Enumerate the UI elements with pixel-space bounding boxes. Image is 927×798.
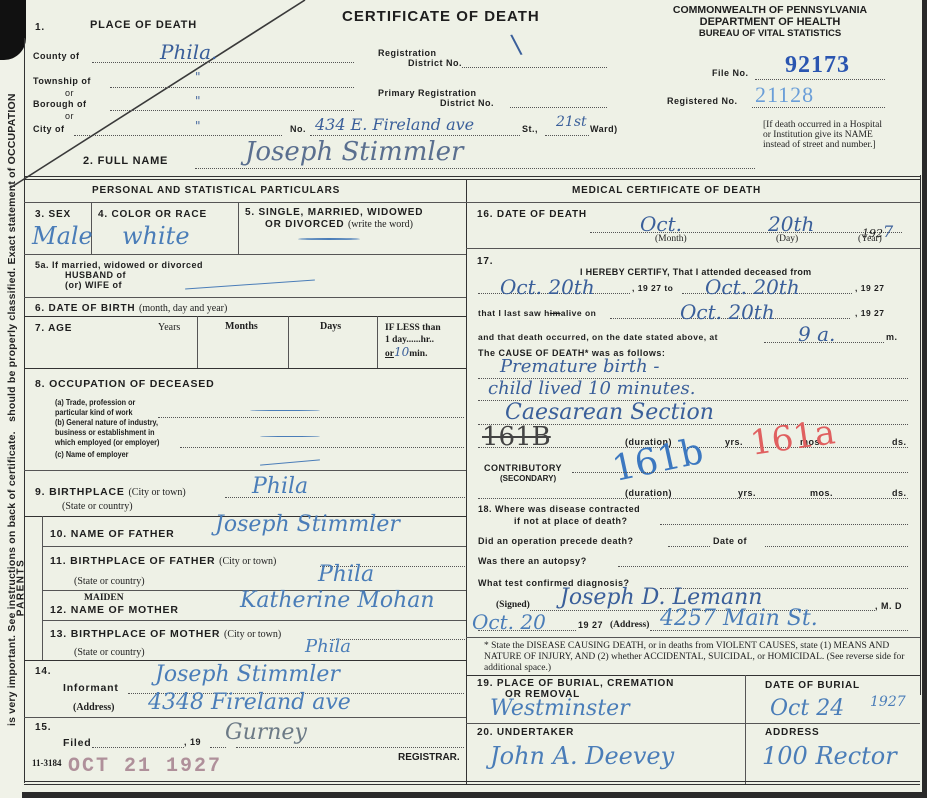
cause-value-2: child lived 10 minutes.: [488, 378, 696, 399]
full-name-label: 2. FULL NAME: [83, 155, 168, 167]
rule: [377, 316, 378, 368]
date-of-death-label: 16. DATE OF DEATH: [477, 209, 587, 220]
authority-line-1: COMMONWEALTH OF PENNSYLVANIA: [640, 4, 900, 16]
registered-number: 21128: [755, 82, 814, 108]
maiden-label: MAIDEN: [84, 593, 124, 603]
informant-number: 14.: [35, 666, 51, 677]
parents-side-label: PARENTS: [15, 559, 26, 617]
race-label: 4. COLOR OR RACE: [98, 209, 207, 220]
attended-to-year: , 19 27: [855, 283, 885, 293]
certificate-title: CERTIFICATE OF DEATH: [342, 8, 540, 25]
rule: [24, 717, 466, 718]
burial-date-value: Oct 24: [770, 696, 844, 721]
cause-footnote: * State the DISEASE CAUSING DEATH, or in…: [484, 641, 914, 674]
operation-field[interactable]: [668, 546, 710, 547]
death-year-value: 7: [883, 222, 893, 241]
last-saw-label-2: alive on: [561, 308, 597, 318]
authority-line-3: BUREAU OF VITAL STATISTICS: [640, 28, 900, 40]
county-field[interactable]: [92, 62, 354, 63]
issuing-authority: COMMONWEALTH OF PENNSYLVANIA DEPARTMENT …: [640, 4, 900, 40]
occ-a-1: (a) Trade, profession or: [55, 397, 159, 407]
if-less-label: IF LESS than 1 day......hr.. or10min.: [385, 322, 441, 360]
primary-reg-line-2: District No.: [378, 98, 494, 108]
occ-b-3: which employed (or employer): [55, 437, 159, 447]
ward-label: Ward): [590, 124, 618, 134]
signed-label: (Signed): [496, 600, 530, 610]
death-time-suffix: m.: [886, 332, 898, 342]
death-day-value: 20th: [768, 212, 814, 236]
ward-value: 21st: [556, 114, 587, 130]
registrar-label: REGISTRAR.: [398, 752, 460, 763]
place-of-death-heading: PLACE OF DEATH: [90, 19, 197, 31]
burial-place-line-1: 19. PLACE OF BURIAL, CREMATION: [477, 678, 674, 689]
father-birthplace-label: 11. BIRTHPLACE OF FATHER: [50, 555, 215, 567]
filed-field[interactable]: [92, 747, 184, 748]
occ-a-2: particular kind of work: [55, 407, 159, 417]
secondary-label: (SECONDARY): [500, 474, 556, 483]
contracted-field[interactable]: [660, 524, 908, 525]
outer-frame-right: [920, 175, 921, 695]
dob-hint: (month, day and year): [139, 303, 227, 314]
mother-birthplace-hint: (City or town): [224, 629, 281, 640]
operation-label: Did an operation precede death?: [478, 536, 634, 546]
yrs-label: yrs.: [725, 437, 743, 447]
attended-to-value: Oct. 20th: [705, 275, 800, 299]
contributory-field[interactable]: [572, 472, 908, 473]
operation-date-field[interactable]: [765, 546, 908, 547]
contributory-ds: ds.: [892, 488, 907, 498]
hospital-note: [If death occurred in a Hospital or Inst…: [763, 120, 883, 150]
undertaker-value: John A. Deevey: [490, 742, 674, 770]
attended-from-value: Oct. 20th: [500, 275, 595, 299]
contributory-mos: mos.: [810, 488, 833, 498]
occ-b-dash: [260, 436, 320, 437]
birthplace-state-label: (State or country): [62, 501, 133, 512]
autopsy-field[interactable]: [618, 566, 908, 567]
borough-value: ": [195, 94, 201, 108]
form-number: 11-3184: [32, 758, 62, 768]
occ-b-2: business or establishment in: [55, 427, 159, 437]
marital-line-1: 5. SINGLE, MARRIED, WIDOWED: [245, 207, 423, 219]
last-saw-value: Oct. 20th: [680, 300, 775, 324]
filed-date-stamp: OCT 21 1927: [68, 755, 222, 778]
street-value: 434 E. Fireland ave: [315, 115, 474, 134]
informant-address-label: (Address): [73, 702, 114, 713]
spouse-line-2: HUSBAND of: [35, 270, 203, 280]
registration-district-label: Registration District No.: [378, 48, 462, 68]
st-label: St.,: [522, 124, 538, 134]
dob-label: 6. DATE OF BIRTH: [35, 303, 135, 314]
age-years-label: Years: [158, 322, 180, 333]
father-value: Joseph Stimmler: [215, 512, 400, 537]
spouse-line-3: (or) WIFE of: [35, 280, 203, 290]
rule: [466, 202, 920, 203]
ward-field[interactable]: [545, 135, 589, 136]
header-divider: [24, 176, 920, 180]
cause-code-blue: 161b: [609, 431, 707, 490]
informant-address-value: 4348 Fireland ave: [148, 690, 351, 715]
rule: [238, 202, 239, 254]
if-less-min: min.: [409, 349, 427, 359]
father-label: 10. NAME OF FATHER: [50, 528, 174, 540]
struck-cause-code: 161B: [482, 422, 551, 452]
autopsy-label: Was there an autopsy?: [478, 556, 587, 566]
operation-date-label: Date of: [713, 536, 747, 546]
occupation-label: 8. OCCUPATION OF DECEASED: [35, 378, 214, 390]
contracted-line-2: if not at place of death?: [478, 515, 640, 527]
father-birthplace-state: (State or country): [74, 576, 145, 587]
death-time-value: 9 a.: [798, 322, 835, 346]
township-value: ": [195, 70, 201, 84]
contracted-line-1: 18. Where was disease contracted: [478, 503, 640, 515]
burial-place-value: Westminster: [490, 696, 630, 721]
month-caption: (Month): [655, 234, 687, 244]
primary-reg-field[interactable]: [510, 107, 607, 108]
md-label: , M. D: [875, 601, 902, 611]
filed-number: 15.: [35, 722, 51, 733]
rule: [745, 675, 746, 785]
informant-value: Joseph Stimmler: [155, 662, 340, 687]
marital-label: 5. SINGLE, MARRIED, WIDOWED OR DIVORCED …: [245, 207, 423, 231]
borough-label: Borough of: [33, 99, 87, 109]
rule: [24, 368, 466, 369]
contributory-duration-line: [478, 498, 908, 499]
marital-value-dash: [298, 238, 360, 240]
street-field[interactable]: [310, 135, 520, 136]
rule: [466, 675, 920, 676]
mother-value: Katherine Mohan: [240, 588, 435, 613]
birthplace-hint: (City or town): [128, 487, 185, 498]
mother-birthplace-label: 13. BIRTHPLACE OF MOTHER: [50, 628, 220, 640]
informant-label: Informant: [63, 682, 119, 694]
column-divider: [466, 180, 467, 785]
father-birthplace-hint: (City or town): [219, 556, 276, 567]
birthplace-value: Phila: [252, 474, 308, 499]
if-less-line-1: IF LESS than: [385, 322, 441, 334]
mother-label: 12. NAME OF MOTHER: [50, 604, 179, 616]
rule: [42, 620, 466, 621]
occ-a-dash: [250, 410, 320, 411]
mother-birthplace-state: (State or country): [74, 647, 145, 658]
full-name-value: Joseph Stimmler: [245, 137, 463, 167]
registered-no-label: Registered No.: [667, 96, 738, 106]
file-number: 92173: [785, 52, 850, 79]
rule: [466, 637, 920, 638]
race-value: white: [122, 222, 190, 250]
attended-from-year: , 19 27 to: [632, 283, 673, 293]
rule: [466, 248, 920, 249]
undertaker-label: 20. UNDERTAKER: [477, 727, 574, 738]
year-caption: (Year): [858, 234, 882, 244]
birthplace-label: 9. BIRTHPLACE: [35, 486, 125, 498]
age-months-label: Months: [225, 321, 258, 332]
minutes-value: 10: [394, 345, 409, 359]
physician-address-label: (Address): [610, 620, 649, 630]
father-birthplace-value: Phila: [318, 562, 374, 587]
authority-line-2: DEPARTMENT OF HEALTH: [640, 16, 900, 28]
cause-code-red: 161a: [748, 412, 838, 463]
rule: [24, 297, 466, 298]
footer-divider: [24, 781, 920, 785]
city-field[interactable]: [74, 135, 282, 136]
spouse-line-1: 5a. If married, widowed or divorced: [35, 260, 203, 270]
street-no-label: No.: [290, 124, 306, 134]
county-value: Phila.: [160, 40, 217, 64]
occupation-subfields: (a) Trade, profession or particular kind…: [55, 397, 159, 459]
primary-registration-label: Primary Registration District No.: [378, 88, 494, 108]
undertaker-address-value: 100 Rector: [762, 742, 897, 770]
file-no-field: [755, 79, 885, 80]
rule: [197, 316, 198, 368]
date-of-death-field[interactable]: [590, 232, 902, 233]
county-label: County of: [33, 51, 80, 61]
burial-date-label: DATE OF BURIAL: [765, 680, 860, 691]
filed-year-label: , 19: [184, 737, 201, 747]
registrar-field[interactable]: [236, 747, 464, 748]
age-label: 7. AGE: [35, 323, 72, 334]
marital-hint: (write the word): [348, 219, 413, 230]
death-certificate: is very important. See instructions on b…: [0, 0, 922, 792]
death-month-value: Oct.: [640, 212, 682, 236]
reg-district-field[interactable]: [462, 67, 607, 68]
rule: [24, 660, 466, 661]
contributory-duration-label: (duration): [625, 488, 672, 498]
medical-heading: MEDICAL CERTIFICATE OF DEATH: [572, 185, 761, 196]
full-name-field[interactable]: [195, 168, 755, 169]
signed-year: 19 27: [578, 620, 603, 630]
reg-district-value: \: [509, 29, 523, 60]
contributory-label: CONTRIBUTORY: [484, 463, 562, 473]
city-label: City of: [33, 124, 65, 134]
sex-value: Male: [32, 222, 93, 250]
filed-label: Filed: [63, 737, 92, 749]
city-value: ": [195, 119, 201, 133]
occ-a-field[interactable]: [158, 417, 464, 418]
physician-address-value: 4257 Main St.: [660, 606, 818, 631]
cause-value-1: Premature birth -: [500, 356, 660, 377]
occ-c: (c) Name of employer: [55, 449, 159, 459]
if-less-or: or: [385, 349, 394, 359]
township-label: Township of: [33, 76, 91, 86]
rule: [24, 254, 466, 255]
signed-date-value: Oct. 20: [472, 610, 546, 634]
section-17-number: 17.: [477, 256, 493, 267]
spouse-label: 5a. If married, widowed or divorced HUSB…: [35, 260, 203, 290]
contracted-label: 18. Where was disease contracted if not …: [478, 503, 640, 527]
burial-year-value: 1927: [870, 694, 906, 710]
filed-year-field[interactable]: [210, 747, 226, 748]
borough-field[interactable]: [110, 110, 354, 111]
age-days-label: Days: [320, 321, 341, 332]
personal-heading: PERSONAL AND STATISTICAL PARTICULARS: [92, 185, 340, 196]
contributory-yrs: yrs.: [738, 488, 756, 498]
section-1-number: 1.: [35, 22, 45, 33]
ds-label: ds.: [892, 437, 907, 447]
rule: [466, 723, 920, 724]
file-no-label: File No.: [712, 68, 749, 78]
spouse-value-dash: [185, 279, 315, 289]
rule: [42, 516, 43, 660]
reg-district-line-2: District No.: [378, 58, 462, 68]
reg-district-line-1: Registration: [378, 48, 462, 58]
registrar-signature: Gurney: [225, 720, 307, 745]
or-1: or: [65, 88, 74, 98]
last-saw-label: that I last saw h: [478, 308, 550, 318]
mother-birthplace-value: Phila: [305, 636, 351, 657]
last-saw-year: , 19 27: [855, 308, 885, 318]
undertaker-address-label: ADDRESS: [765, 727, 820, 738]
primary-reg-line-1: Primary Registration: [378, 88, 494, 98]
sex-label: 3. SEX: [35, 209, 71, 220]
rule: [288, 316, 289, 368]
occ-b-1: (b) General nature of industry,: [55, 417, 159, 427]
rule: [24, 470, 466, 471]
marital-line-2: OR DIVORCED: [265, 219, 344, 230]
occ-b-field[interactable]: [180, 447, 464, 448]
or-2: or: [65, 111, 74, 121]
rule: [42, 546, 466, 547]
township-field[interactable]: [110, 87, 354, 88]
occ-c-dash: [260, 459, 320, 465]
day-caption: (Day): [776, 234, 798, 244]
rule: [24, 316, 466, 317]
death-time-label: and that death occurred, on the date sta…: [478, 332, 718, 342]
